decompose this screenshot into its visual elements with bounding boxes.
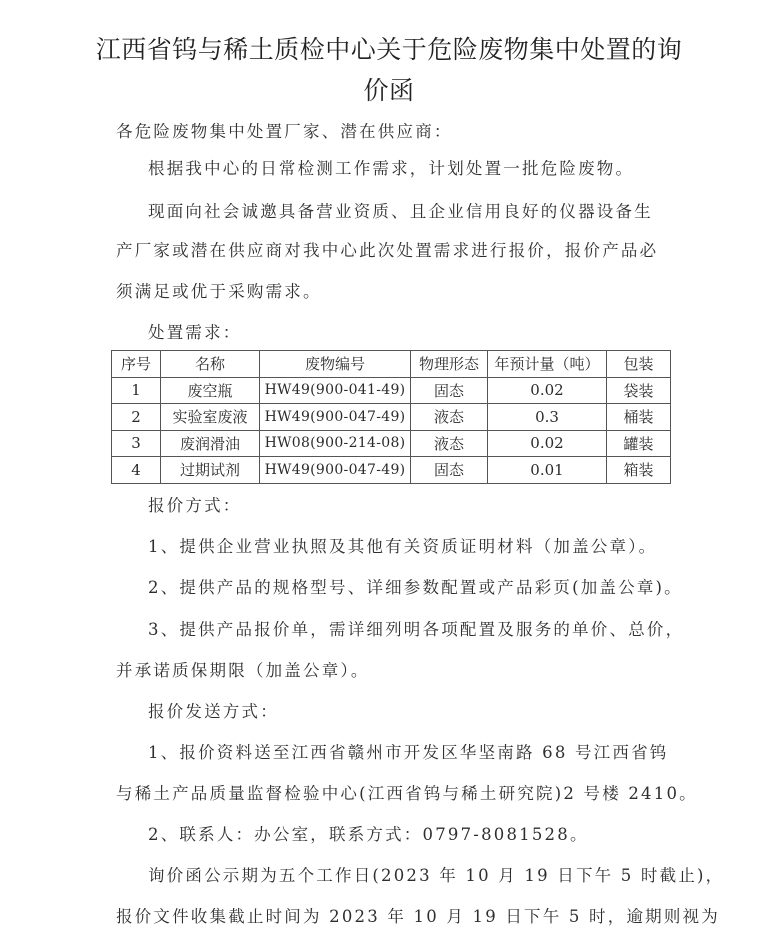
notice-line2: 报价文件收集截止时间为 2023 年 10 月 19 日下午 5 时，逾期则视为	[116, 903, 720, 927]
header-annual-amount: 年预计量（吨）	[488, 351, 607, 378]
cell-name: 废润滑油	[161, 430, 260, 457]
send-method-heading: 报价发送方式：	[148, 698, 279, 722]
cell-index: 3	[112, 430, 161, 457]
paragraph-2-line2: 产厂家或潜在供应商对我中心此次处置需求进行报价，报价产品必	[116, 237, 658, 261]
paragraph-2-line1: 现面向社会诚邀具备营业资质、且企业信用良好的仪器设备生	[148, 198, 653, 222]
cell-packaging: 袋装	[607, 377, 671, 404]
send-item-2-contact: 2、联系人：办公室，联系方式：0797-8081528。	[148, 821, 589, 845]
cell-name: 废空瓶	[161, 377, 260, 404]
table-header-row: 序号 名称 废物编号 物理形态 年预计量（吨） 包装	[112, 351, 671, 378]
header-index: 序号	[112, 351, 161, 378]
quote-item-3-line2: 并承诺质保期限（加盖公章）。	[116, 657, 370, 681]
document-title-line2: 价函	[0, 71, 778, 107]
table-row: 3 废润滑油 HW08(900-214-08) 液态 0.02 罐装	[112, 430, 671, 457]
notice-line1: 询价函公示期为五个工作日(2023 年 10 月 19 日下午 5 时截止)，	[148, 862, 724, 886]
cell-physical-state: 液态	[411, 430, 488, 457]
cell-packaging: 箱装	[607, 457, 671, 484]
cell-packaging: 罐装	[607, 430, 671, 457]
requirements-heading: 处置需求：	[148, 319, 242, 343]
paragraph-1: 根据我中心的日常检测工作需求，计划处置一批危险废物。	[148, 155, 634, 179]
quote-method-heading: 报价方式：	[148, 492, 242, 516]
cell-name: 过期试剂	[161, 457, 260, 484]
table-row: 2 实验室废液 HW49(900-047-49) 液态 0.3 桶装	[112, 404, 671, 431]
cell-waste-code: HW49(900-041-49)	[260, 377, 411, 404]
header-waste-code: 废物编号	[260, 351, 411, 378]
header-packaging: 包装	[607, 351, 671, 378]
send-item-1-line1: 1、报价资料送至江西省赣州市开发区华坚南路 68 号江西省钨	[148, 739, 668, 763]
header-name: 名称	[161, 351, 260, 378]
cell-annual-amount: 0.01	[488, 457, 607, 484]
cell-name: 实验室废液	[161, 404, 260, 431]
cell-index: 2	[112, 404, 161, 431]
disposal-requirements-table: 序号 名称 废物编号 物理形态 年预计量（吨） 包装 1 废空瓶 HW49(90…	[111, 350, 671, 484]
cell-annual-amount: 0.02	[488, 377, 607, 404]
cell-waste-code: HW08(900-214-08)	[260, 430, 411, 457]
header-physical-state: 物理形态	[411, 351, 488, 378]
quote-item-2: 2、提供产品的规格型号、详细参数配置或产品彩页(加盖公章)。	[148, 574, 683, 598]
cell-physical-state: 固态	[411, 377, 488, 404]
cell-packaging: 桶装	[607, 404, 671, 431]
cell-physical-state: 固态	[411, 457, 488, 484]
document-title-line1: 江西省钨与稀土质检中心关于危险废物集中处置的询	[0, 30, 778, 66]
cell-index: 1	[112, 377, 161, 404]
salutation: 各危险废物集中处置厂家、潜在供应商：	[116, 118, 453, 142]
table-row: 1 废空瓶 HW49(900-041-49) 固态 0.02 袋装	[112, 377, 671, 404]
cell-physical-state: 液态	[411, 404, 488, 431]
table-row: 4 过期试剂 HW49(900-047-49) 固态 0.01 箱装	[112, 457, 671, 484]
send-item-1-line2: 与稀土产品质量监督检验中心(江西省钨与稀土研究院)2 号楼 2410。	[116, 780, 698, 804]
cell-waste-code: HW49(900-047-49)	[260, 457, 411, 484]
quote-item-3-line1: 3、提供产品报价单，需详细列明各项配置及服务的单价、总价，	[148, 616, 684, 640]
quote-item-1: 1、提供企业营业执照及其他有关资质证明材料（加盖公章）。	[148, 533, 657, 557]
cell-waste-code: HW49(900-047-49)	[260, 404, 411, 431]
cell-index: 4	[112, 457, 161, 484]
cell-annual-amount: 0.3	[488, 404, 607, 431]
cell-annual-amount: 0.02	[488, 430, 607, 457]
paragraph-2-line3: 须满足或优于采购需求。	[116, 278, 322, 302]
